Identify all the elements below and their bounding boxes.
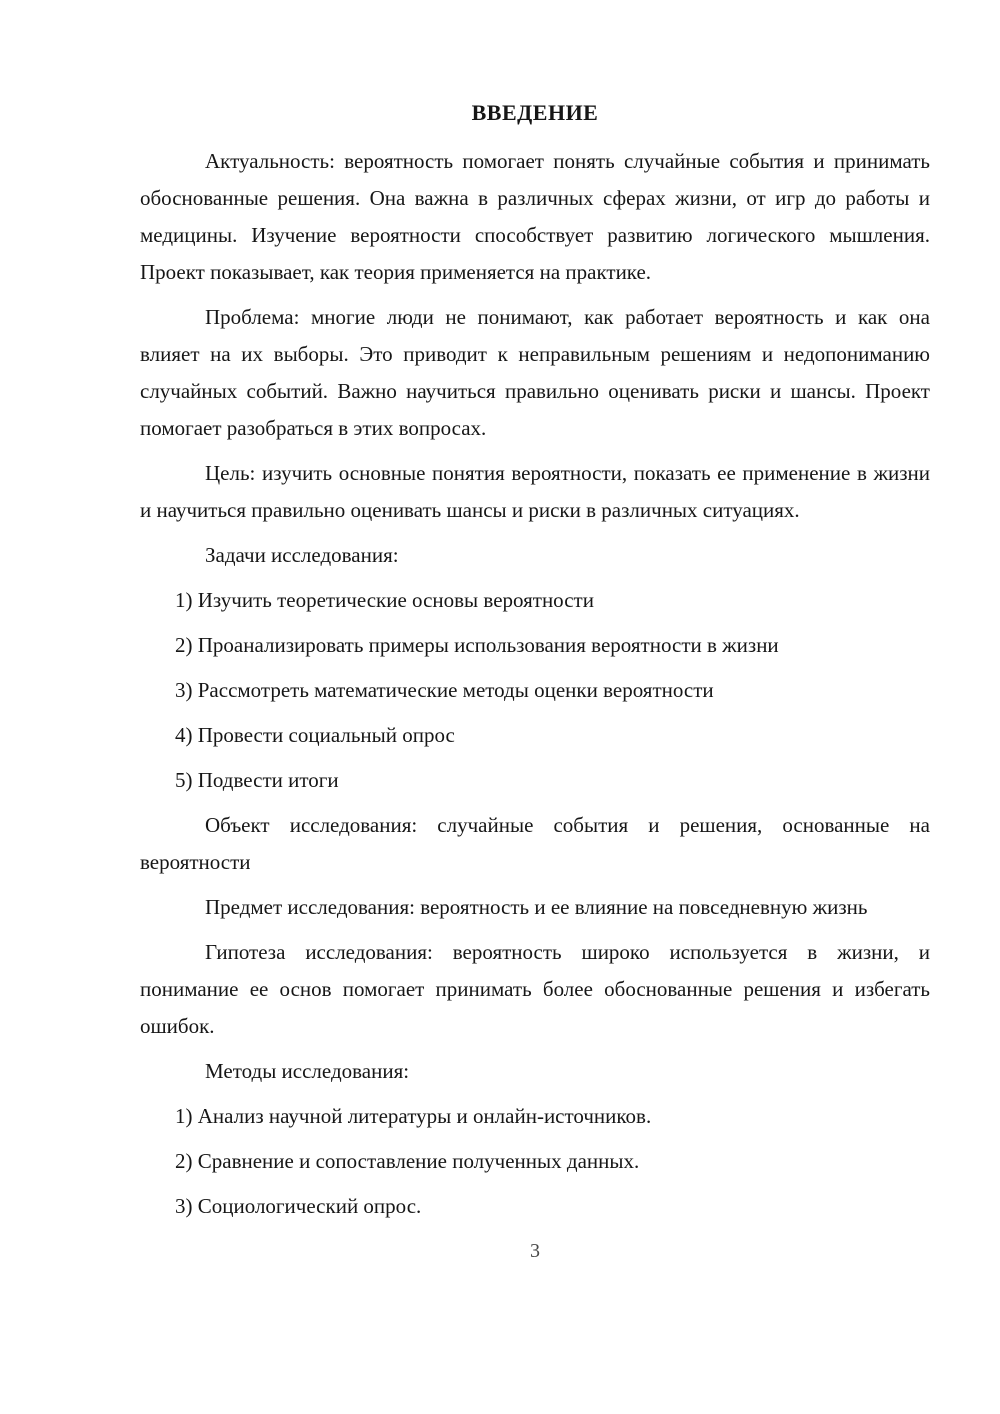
task-item-3: 3) Рассмотреть математические методы оце… <box>175 672 930 709</box>
methods-heading: Методы исследования: <box>140 1053 930 1090</box>
method-item-1: 1) Анализ научной литературы и онлайн-ис… <box>175 1098 930 1135</box>
method-item-2: 2) Сравнение и сопоставление полученных … <box>175 1143 930 1180</box>
task-item-5: 5) Подвести итоги <box>175 762 930 799</box>
paragraph-relevance: Актуальность: вероятность помогает понят… <box>140 143 930 291</box>
document-page: ВВЕДЕНИЕ Актуальность: вероятность помог… <box>0 0 1000 1414</box>
method-item-3: 3) Социологический опрос. <box>175 1188 930 1225</box>
paragraph-subject: Предмет исследования: вероятность и ее в… <box>140 889 930 926</box>
task-item-1: 1) Изучить теоретические основы вероятно… <box>175 582 930 619</box>
page-title: ВВЕДЕНИЕ <box>140 94 930 131</box>
paragraph-object: Объект исследования: случайные события и… <box>140 807 930 881</box>
task-item-4: 4) Провести социальный опрос <box>175 717 930 754</box>
paragraph-problem: Проблема: многие люди не понимают, как р… <box>140 299 930 447</box>
paragraph-goal: Цель: изучить основные понятия вероятнос… <box>140 455 930 529</box>
page-number: 3 <box>140 1233 930 1270</box>
paragraph-hypothesis: Гипотеза исследования: вероятность широк… <box>140 934 930 1045</box>
tasks-heading: Задачи исследования: <box>140 537 930 574</box>
task-item-2: 2) Проанализировать примеры использовани… <box>175 627 930 664</box>
